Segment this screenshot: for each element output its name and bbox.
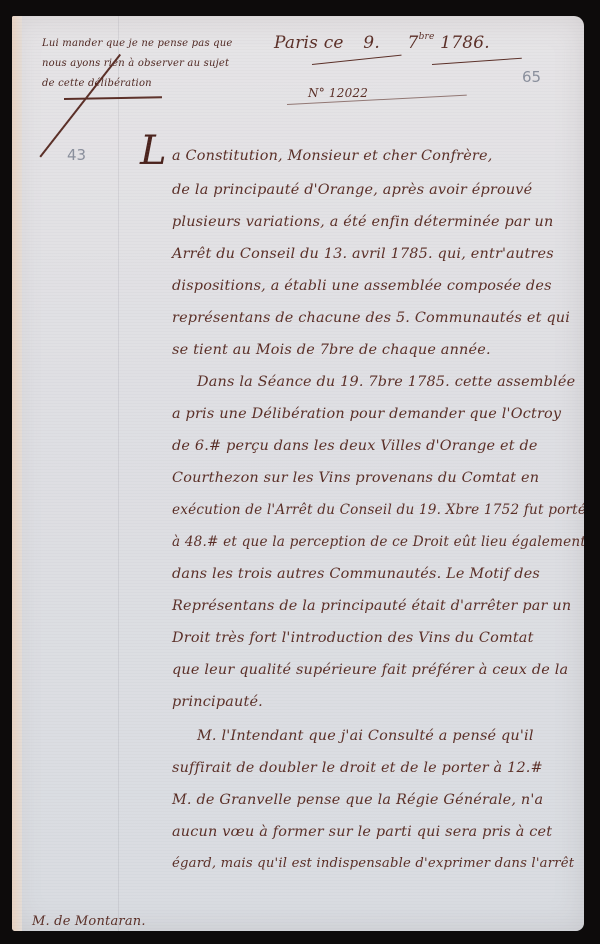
body-line-22: aucun vœu à former sur le parti qui sera… (172, 824, 552, 840)
body-line-18: principauté. (172, 694, 263, 710)
dateline-year: 1786. (440, 33, 490, 53)
dateline-month: 7 (408, 33, 419, 53)
body-line-17: que leur qualité supérieure fait préfére… (172, 662, 568, 678)
body-line-21: M. de Granvelle pense que la Régie Génér… (172, 792, 543, 808)
dateline-day: 9. (363, 33, 380, 53)
margin-number: 43 (67, 146, 86, 164)
dateline-place: Paris ce (274, 33, 344, 53)
initial-letter: L (140, 128, 167, 174)
body-line-4: Arrêt du Conseil du 13. avril 1785. qui,… (172, 246, 554, 262)
strike-horizontal (64, 96, 162, 99)
flourish-under-place (312, 55, 402, 66)
body-line-1: a Constitution, Monsieur et cher Confrèr… (172, 148, 492, 164)
marginal-note-line-1: Lui mander que je ne pense pas que (42, 36, 233, 52)
body-line-10: de 6.# perçu dans les deux Villes d'Oran… (172, 438, 538, 454)
addressee: M. de Montaran. (32, 914, 146, 929)
body-line-9: a pris une Délibération pour demander qu… (172, 406, 561, 422)
body-line-3: plusieurs variations, a été enfin déterm… (172, 214, 553, 230)
body-line-12: exécution de l'Arrêt du Conseil du 19. X… (172, 502, 584, 518)
body-line-14: dans les trois autres Communautés. Le Mo… (172, 566, 540, 582)
body-line-6: représentans de chacune des 5. Communaut… (172, 310, 570, 326)
manuscript-page: Lui mander que je ne pense pas que nous … (12, 16, 584, 931)
reference-number: N° 12022 (308, 86, 368, 100)
flourish-under-year (432, 58, 522, 65)
body-line-15: Représentans de la principauté était d'a… (172, 598, 571, 614)
dateline-month-sup: bre (419, 32, 435, 42)
body-line-7: se tient au Mois de 7bre de chaque année… (172, 342, 491, 358)
margin-rule (118, 16, 119, 931)
folio-number: 65 (522, 68, 541, 86)
body-line-13: à 48.# et que la perception de ce Droit … (172, 534, 584, 550)
marginal-note-line-2: nous ayons rien à observer au sujet (42, 56, 229, 72)
body-line-8: Dans la Séance du 19. 7bre 1785. cette a… (197, 374, 575, 390)
body-line-20: suffirait de doubler le droit et de le p… (172, 760, 543, 776)
scan-stage: Lui mander que je ne pense pas que nous … (0, 0, 600, 944)
body-line-5: dispositions, a établi une assemblée com… (172, 278, 552, 294)
body-line-2: de la principauté d'Orange, après avoir … (172, 182, 532, 198)
body-line-16: Droit très fort l'introduction des Vins … (172, 630, 534, 646)
dateline: Paris ce 9. 7bre 1786. (274, 32, 490, 53)
body-line-23: égard, mais qu'il est indispensable d'ex… (172, 856, 574, 871)
body-line-11: Courthezon sur les Vins provenans du Com… (172, 470, 539, 486)
body-line-19: M. l'Intendant que j'ai Consulté a pensé… (197, 728, 534, 744)
